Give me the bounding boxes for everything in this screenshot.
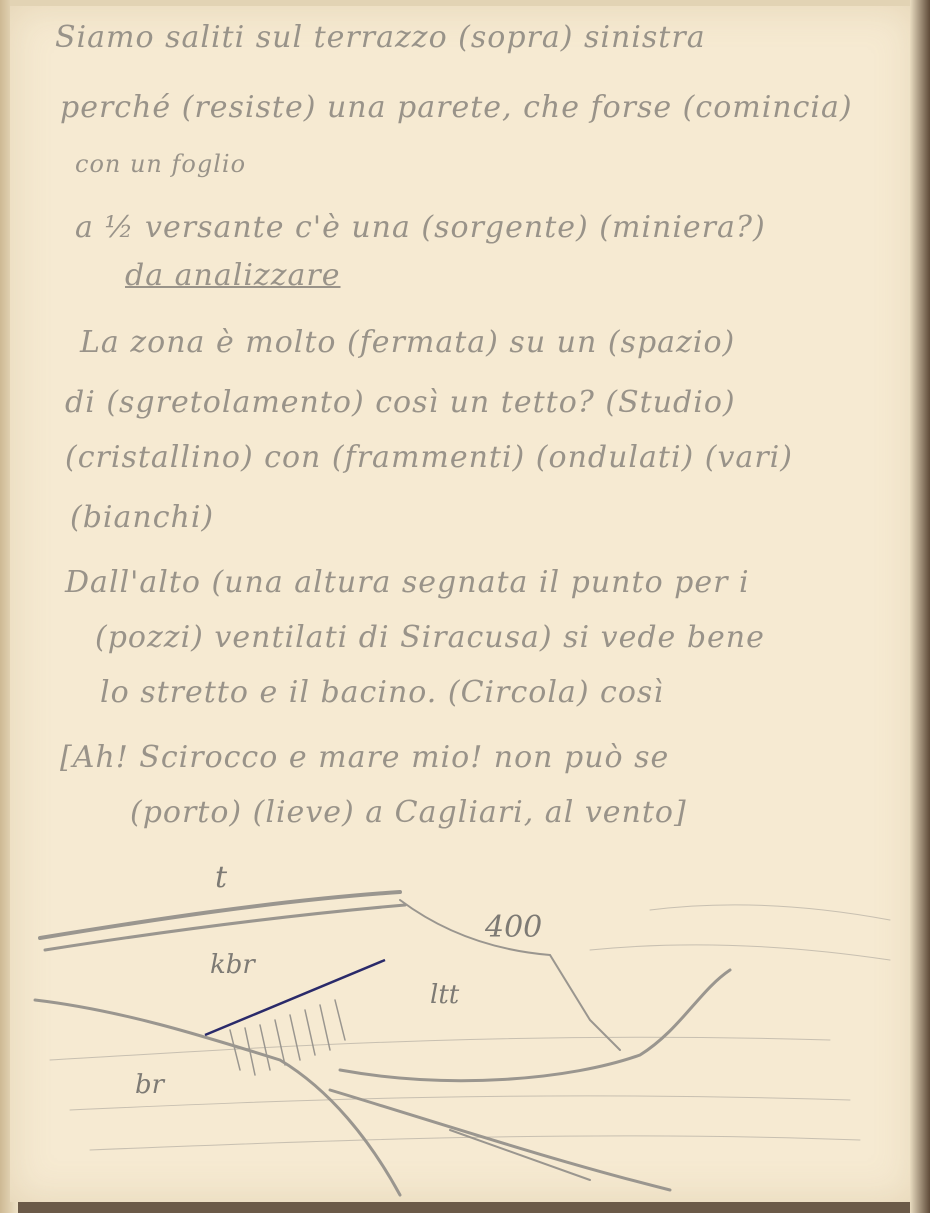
text-line-4: a ½ versante c'è una (sorgente) (miniera… (75, 210, 766, 245)
text-line-1: Siamo saliti sul terrazzo (sopra) sinist… (55, 20, 706, 55)
sketch-label-kbr: kbr (210, 950, 255, 980)
text-line-8: (cristallino) con (frammenti) (ondulati)… (65, 440, 793, 475)
text-line-6: La zona è molto (fermata) su un (spazio) (80, 325, 735, 360)
landscape-sketch: t 400 kbr ltt br (30, 860, 900, 1200)
text-line-3: con un foglio (75, 150, 246, 178)
text-line-11: (pozzi) ventilati di Siracusa) si vede b… (95, 620, 765, 655)
text-line-2: perché (resiste) una parete, che forse (… (60, 90, 853, 125)
sketch-label-br: br (135, 1070, 164, 1100)
text-line-10: Dall'alto (una altura segnata il punto p… (65, 565, 750, 600)
text-line-14: (porto) (lieve) a Cagliari, al vento] (130, 795, 687, 830)
notebook-edge (910, 0, 930, 1213)
text-line-13: [Ah! Scirocco e mare mio! non può se (60, 740, 669, 775)
text-line-9: (bianchi) (70, 500, 214, 535)
text-line-7: di (sgretolamento) così un tetto? (Studi… (65, 385, 736, 420)
text-line-12: lo stretto e il bacino. (Circola) così (100, 675, 664, 710)
sketch-label-ltt: ltt (430, 980, 459, 1010)
sketch-label-t: t (215, 860, 227, 895)
sketch-label-400: 400 (485, 910, 542, 945)
sketch-drawing (30, 860, 900, 1200)
text-line-5: da analizzare (125, 258, 341, 293)
